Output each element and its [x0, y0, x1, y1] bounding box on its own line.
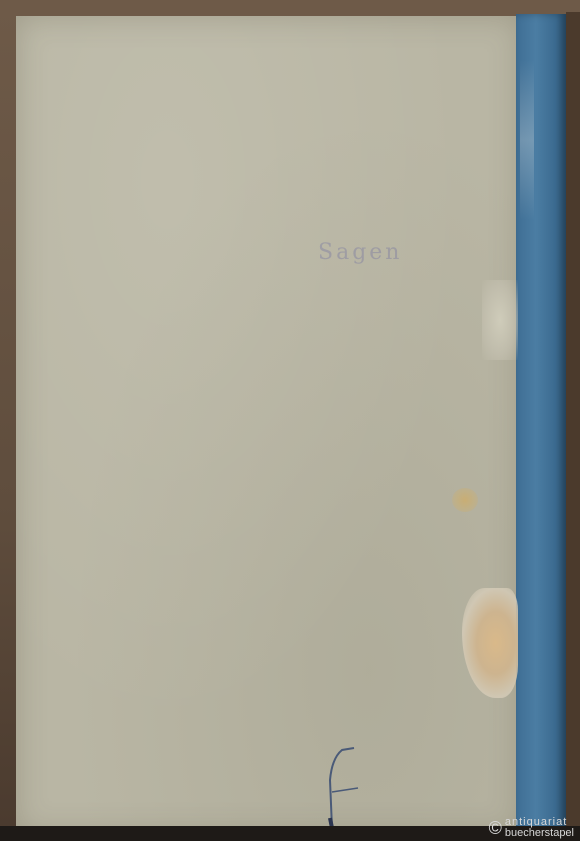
ink-mark-icon — [320, 740, 370, 830]
spine-wear-mark — [520, 60, 534, 220]
cover-abrasion — [482, 280, 518, 360]
book-back-cover — [16, 16, 520, 834]
copyright-icon: © — [489, 819, 502, 837]
watermark-line-2: buecherstapel — [505, 828, 574, 839]
watermark: © antiquariat buecherstapel — [489, 817, 574, 839]
showthrough-text: Sagen — [318, 240, 402, 265]
cover-stain — [452, 488, 478, 512]
page-edge — [566, 12, 580, 841]
